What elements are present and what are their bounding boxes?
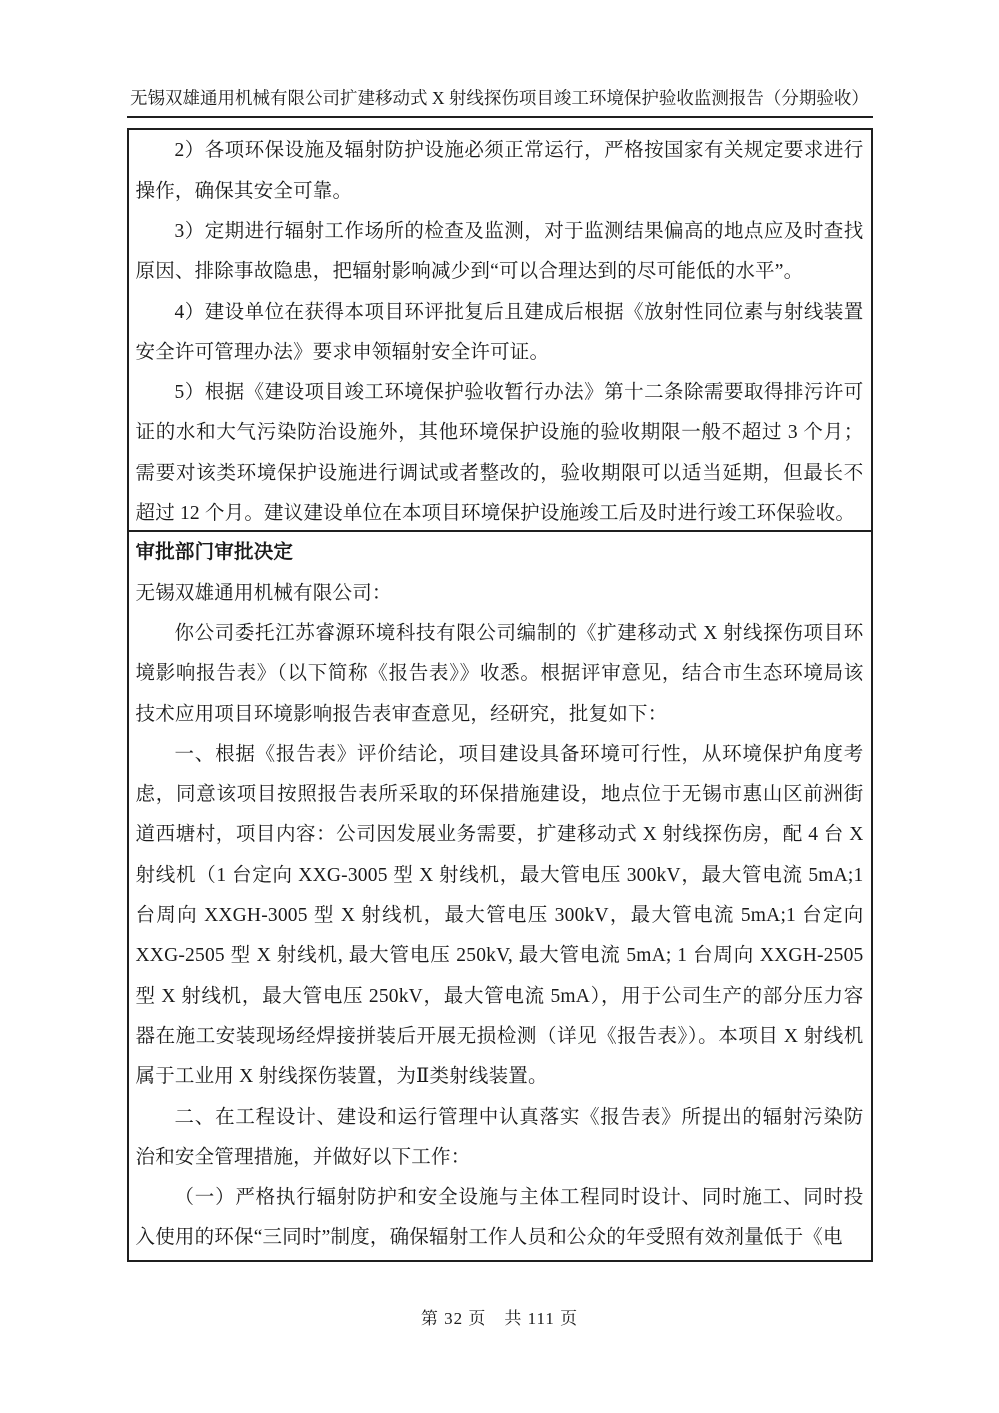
paragraph: （一）严格执行辐射防护和安全设施与主体工程同时设计、同时施工、同时投入使用的环保…: [136, 1178, 864, 1259]
section-heading-approval-decision: 审批部门审批决定: [136, 533, 864, 573]
document-page: 无锡双雄通用机械有限公司扩建移动式 X 射线探伤项目竣工环境保护验收监测报告（分…: [0, 0, 999, 1413]
page-footer: 第 32 页 共 111 页: [0, 1304, 999, 1329]
table-row-approval-decision: 审批部门审批决定 无锡双雄通用机械有限公司： 你公司委托江苏睿源环境科技有限公司…: [129, 532, 871, 1260]
paragraph: 二、在工程设计、建设和运行管理中认真落实《报告表》所提出的辐射污染防治和安全管理…: [136, 1098, 864, 1179]
salutation-line: 无锡双雄通用机械有限公司：: [136, 574, 864, 614]
report-table: 2）各项环保设施及辐射防护设施必须正常运行，严格按国家有关规定要求进行操作，确保…: [127, 128, 873, 1262]
paragraph: 一、根据《报告表》评价结论，项目建设具备环境可行性，从环境保护角度考虑，同意该项…: [136, 735, 864, 1098]
paragraph: 5）根据《建设项目竣工环境保护验收暂行办法》第十二条除需要取得排污许可证的水和大…: [136, 373, 864, 532]
paragraph: 3）定期进行辐射工作场所的检查及监测，对于监测结果偏高的地点应及时查找原因、排除…: [136, 212, 864, 293]
table-row-conclusion: 2）各项环保设施及辐射防护设施必须正常运行，严格按国家有关规定要求进行操作，确保…: [129, 130, 871, 532]
paragraph: 2）各项环保设施及辐射防护设施必须正常运行，严格按国家有关规定要求进行操作，确保…: [136, 131, 864, 212]
paragraph: 你公司委托江苏睿源环境科技有限公司编制的《扩建移动式 X 射线探伤项目环境影响报…: [136, 614, 864, 735]
report-header-title: 无锡双雄通用机械有限公司扩建移动式 X 射线探伤项目竣工环境保护验收监测报告（分…: [127, 86, 873, 118]
paragraph: 4）建设单位在获得本项目环评批复后且建成后根据《放射性同位素与射线装置安全许可管…: [136, 293, 864, 374]
